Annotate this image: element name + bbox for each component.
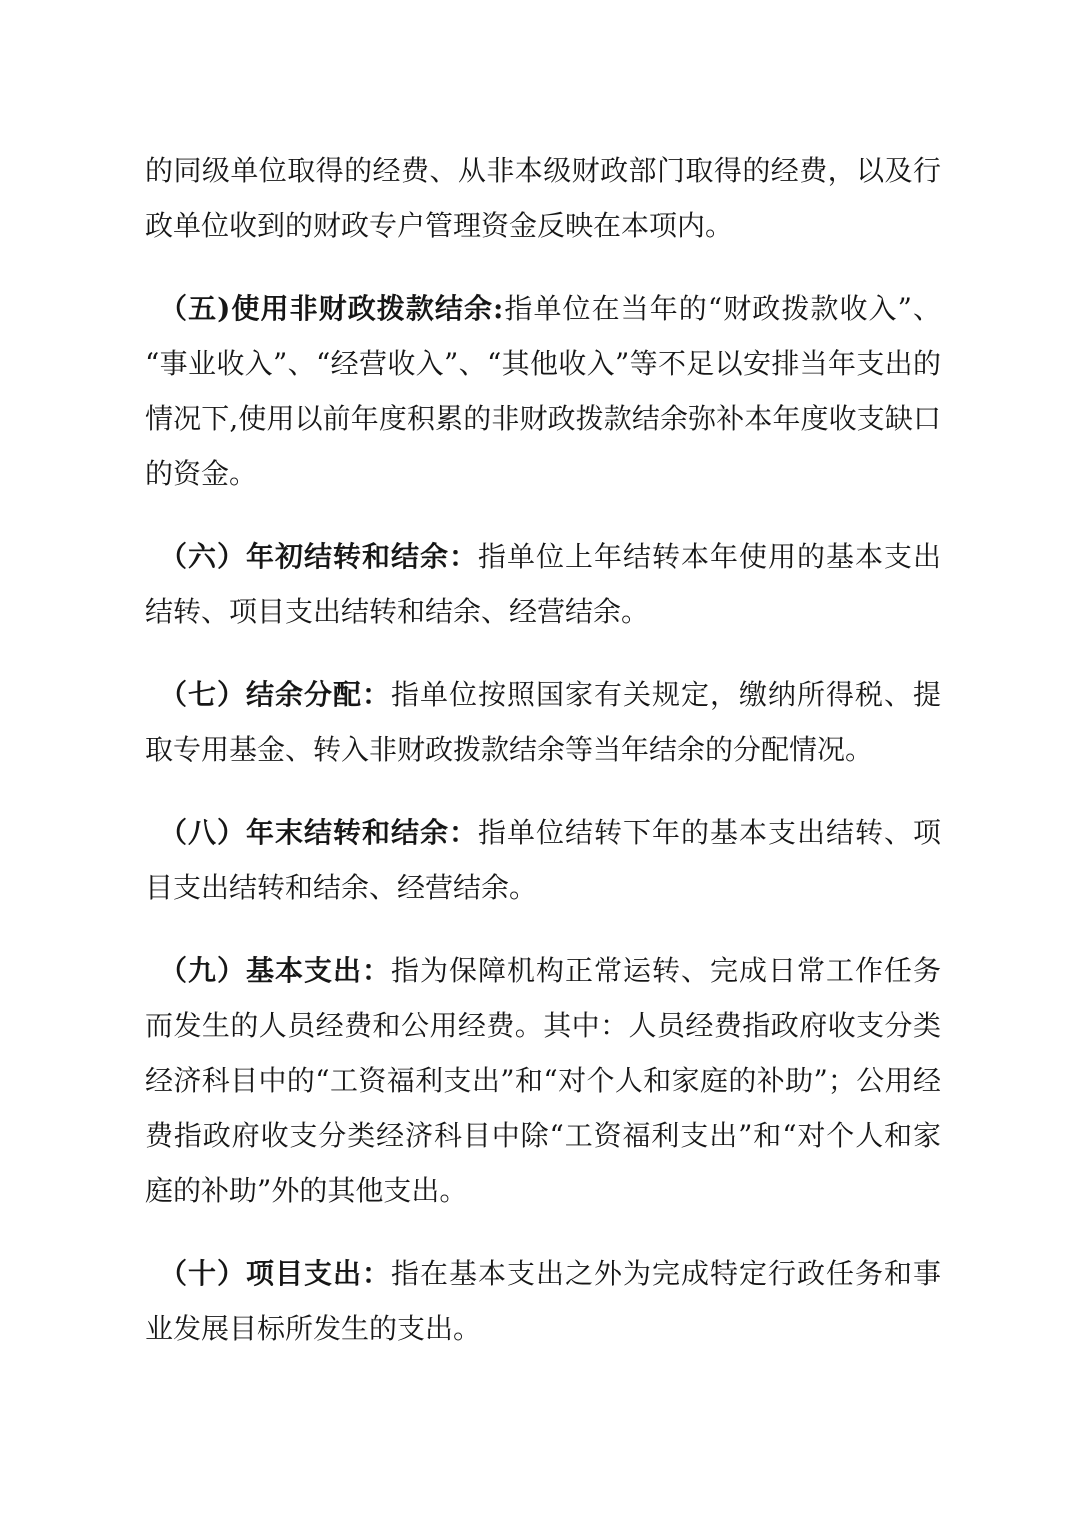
paragraph-term-8: （八）年末结转和结余：指单位结转下年的基本支出结转、项目支出结转和结余、经营结余… — [145, 805, 941, 915]
document-page: 的同级单位取得的经费、从非本级财政部门取得的经费，以及行政单位收到的财政专户管理… — [0, 0, 1074, 1520]
term-label: （九）基本支出： — [159, 954, 391, 987]
term-label: （六）年初结转和结余： — [159, 540, 478, 573]
paragraph-text: 指为保障机构正常运转、完成日常工作任务而发生的人员经费和公用经费。其中：人员经费… — [145, 954, 941, 1207]
paragraph-continuation: 的同级单位取得的经费、从非本级财政部门取得的经费，以及行政单位收到的财政专户管理… — [145, 143, 941, 253]
paragraph-term-5: （五)使用非财政拨款结余:指单位在当年的“财政拨款收入”、“事业收入”、“经营收… — [145, 281, 941, 501]
paragraph-text: 的同级单位取得的经费、从非本级财政部门取得的经费，以及行政单位收到的财政专户管理… — [145, 154, 941, 242]
term-label: （五)使用非财政拨款结余: — [159, 292, 503, 325]
term-label: （七）结余分配： — [159, 678, 391, 711]
paragraph-term-10: （十）项目支出：指在基本支出之外为完成特定行政任务和事业发展目标所发生的支出。 — [145, 1246, 941, 1356]
paragraph-term-9: （九）基本支出：指为保障机构正常运转、完成日常工作任务而发生的人员经费和公用经费… — [145, 943, 941, 1218]
paragraph-term-6: （六）年初结转和结余：指单位上年结转本年使用的基本支出结转、项目支出结转和结余、… — [145, 529, 941, 639]
term-label: （十）项目支出： — [159, 1257, 391, 1290]
paragraph-term-7: （七）结余分配：指单位按照国家有关规定，缴纳所得税、提取专用基金、转入非财政拨款… — [145, 667, 941, 777]
document-body: 的同级单位取得的经费、从非本级财政部门取得的经费，以及行政单位收到的财政专户管理… — [145, 143, 941, 1356]
term-label: （八）年末结转和结余： — [159, 816, 478, 849]
